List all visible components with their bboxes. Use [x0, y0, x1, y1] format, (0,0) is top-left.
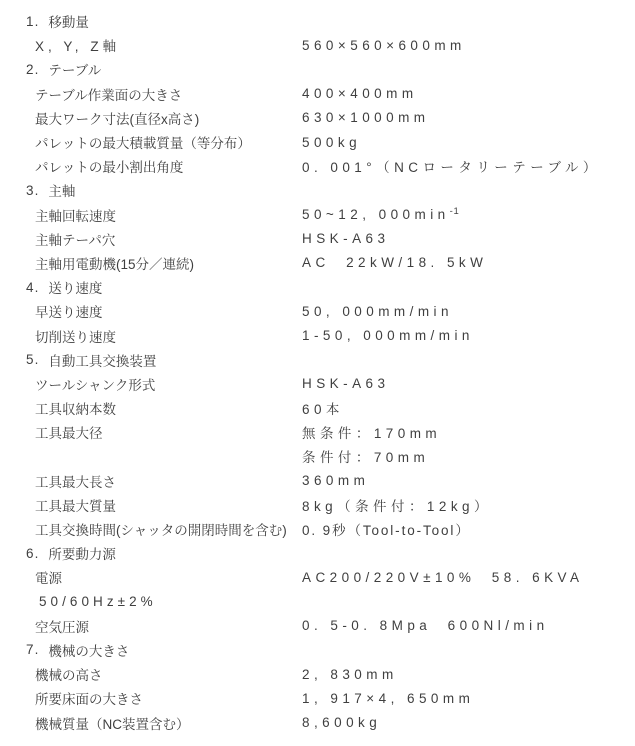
section-number: 5.	[0, 352, 39, 367]
spec-row-value: HSK-A63	[302, 376, 389, 391]
spec-row-label: テーブル作業面の大きさ	[0, 84, 302, 104]
section-heading: 5.自動工具交換装置	[0, 348, 635, 372]
spec-row-label: 所要床面の大きさ	[0, 688, 302, 708]
spec-row: 工具最大長さ360mm	[0, 469, 635, 493]
spec-row-value: 500kg	[302, 135, 361, 150]
spec-row-value: 1-50, 000mm/min	[302, 328, 474, 343]
spec-row: 早送り速度50, 000mm/min	[0, 299, 635, 323]
section-heading: 7.機械の大きさ	[0, 638, 635, 662]
spec-row-value: AC 22kW/18. 5kW	[302, 255, 487, 270]
section-heading: 4.送り速度	[0, 275, 635, 299]
spec-row: X, Y, Z軸560×560×600mm	[0, 33, 635, 57]
spec-row: 所要床面の大きさ1, 917×4, 650mm	[0, 686, 635, 710]
section-number: 7.	[0, 642, 39, 657]
spec-row-value: 630×1000mm	[302, 110, 429, 125]
spec-row-value: 50, 000mm/min	[302, 304, 453, 319]
section-title: 機械の大きさ	[48, 640, 129, 660]
section-heading: 1.移動量	[0, 9, 635, 33]
spec-row-label: 工具最大径	[0, 422, 302, 442]
spec-row: 機械質量（NC装置含む）8,600kg	[0, 710, 635, 734]
section-title: 自動工具交換装置	[48, 350, 156, 370]
spec-row-label: 切削送り速度	[0, 326, 302, 346]
spec-row: パレットの最大積載質量（等分布）500kg	[0, 130, 635, 154]
spec-row: ツールシャンク形式HSK-A63	[0, 372, 635, 396]
spec-row-label: パレットの最小割出角度	[0, 156, 302, 176]
spec-row-value: 1, 917×4, 650mm	[302, 691, 474, 706]
spec-row: 最大ワーク寸法(直径x高さ)630×1000mm	[0, 106, 635, 130]
spec-row-value: 2, 830mm	[302, 667, 398, 682]
spec-row-label: 主軸用電動機(15分／連続)	[0, 253, 302, 273]
spec-row-value: 8,600kg	[302, 715, 381, 730]
spec-row-label: 工具最大質量	[0, 495, 302, 515]
spec-row-label: X, Y, Z軸	[0, 35, 302, 55]
spec-row: 空気圧源0. 5-0. 8Mpa 600Nl/min	[0, 614, 635, 638]
spec-row-label: 50/60Hz±2%	[0, 594, 302, 609]
spec-row-value: 0. 001°（NCロータリーテーブル）	[302, 156, 601, 176]
section-number: 2.	[0, 62, 39, 77]
spec-row: 主軸回転速度50~12, 000min-1	[0, 203, 635, 227]
spec-row-value: 560×560×600mm	[302, 38, 466, 53]
spec-row-label: 主軸テーパ穴	[0, 229, 302, 249]
spec-row-value-superscript: -1	[450, 206, 460, 217]
spec-row: 50/60Hz±2%	[0, 590, 635, 614]
spec-row: 主軸用電動機(15分／連続)AC 22kW/18. 5kW	[0, 251, 635, 275]
spec-row-value: 0. 9秒（Tool-to-Tool）	[302, 519, 471, 539]
spec-row-label: 電源	[0, 567, 302, 587]
section-title: 主軸	[48, 180, 75, 200]
section-number: 3.	[0, 183, 39, 198]
spec-row: テーブル作業面の大きさ400×400mm	[0, 82, 635, 106]
spec-row: 主軸テーパ穴HSK-A63	[0, 227, 635, 251]
spec-row-label: 工具交換時間(シャッタの開閉時間を含む)	[0, 519, 302, 539]
section-number: 4.	[0, 280, 39, 295]
spec-row-label: 機械質量（NC装置含む）	[0, 713, 302, 733]
section-heading: 6.所要動力源	[0, 541, 635, 565]
spec-row: パレットの最小割出角度0. 001°（NCロータリーテーブル）	[0, 154, 635, 178]
spec-row-label: 工具収納本数	[0, 398, 302, 418]
section-number: 6.	[0, 546, 39, 561]
spec-row: 機械の高さ2, 830mm	[0, 662, 635, 686]
section-title: 移動量	[48, 11, 89, 31]
spec-row-label: 機械の高さ	[0, 664, 302, 684]
spec-row-value: 50~12, 000min	[302, 207, 450, 222]
spec-row-value: 条件付：70mm	[302, 446, 429, 466]
spec-row-value: 400×400mm	[302, 86, 418, 101]
spec-row: 電源AC200/220V±10% 58. 6KVA	[0, 565, 635, 589]
section-number: 1.	[0, 14, 39, 29]
spec-row-value: 60本	[302, 398, 344, 418]
spec-row-value: 無条件：170mm	[302, 422, 441, 442]
spec-row-label: 主軸回転速度	[0, 205, 302, 225]
section-heading: 3.主軸	[0, 178, 635, 202]
spec-row: 条件付：70mm	[0, 444, 635, 468]
spec-row-label: 工具最大長さ	[0, 471, 302, 491]
section-title: 送り速度	[48, 277, 102, 297]
spec-row-value: 360mm	[302, 473, 369, 488]
spec-row-label: 最大ワーク寸法(直径x高さ)	[0, 108, 302, 128]
spec-row: 工具最大質量8kg（条件付：12kg）	[0, 493, 635, 517]
spec-row-label: ツールシャンク形式	[0, 374, 302, 394]
spec-row-label: 早送り速度	[0, 301, 302, 321]
section-title: 所要動力源	[48, 543, 116, 563]
spec-row-value: HSK-A63	[302, 231, 389, 246]
spec-row-value: AC200/220V±10% 58. 6KVA	[302, 570, 583, 585]
spec-row-label: 空気圧源	[0, 616, 302, 636]
section-heading: 2.テーブル	[0, 57, 635, 81]
section-title: テーブル	[48, 59, 101, 79]
spec-document: 1.移動量X, Y, Z軸560×560×600mm2.テーブルテーブル作業面の…	[0, 0, 635, 746]
spec-row: 工具交換時間(シャッタの開閉時間を含む)0. 9秒（Tool-to-Tool）	[0, 517, 635, 541]
spec-row: 切削送り速度1-50, 000mm/min	[0, 323, 635, 347]
spec-row: 工具最大径無条件：170mm	[0, 420, 635, 444]
spec-row: 工具収納本数60本	[0, 396, 635, 420]
spec-row-value: 0. 5-0. 8Mpa 600Nl/min	[302, 618, 549, 633]
spec-row-label: パレットの最大積載質量（等分布）	[0, 132, 302, 152]
spec-row-value: 8kg（条件付：12kg）	[302, 495, 492, 515]
